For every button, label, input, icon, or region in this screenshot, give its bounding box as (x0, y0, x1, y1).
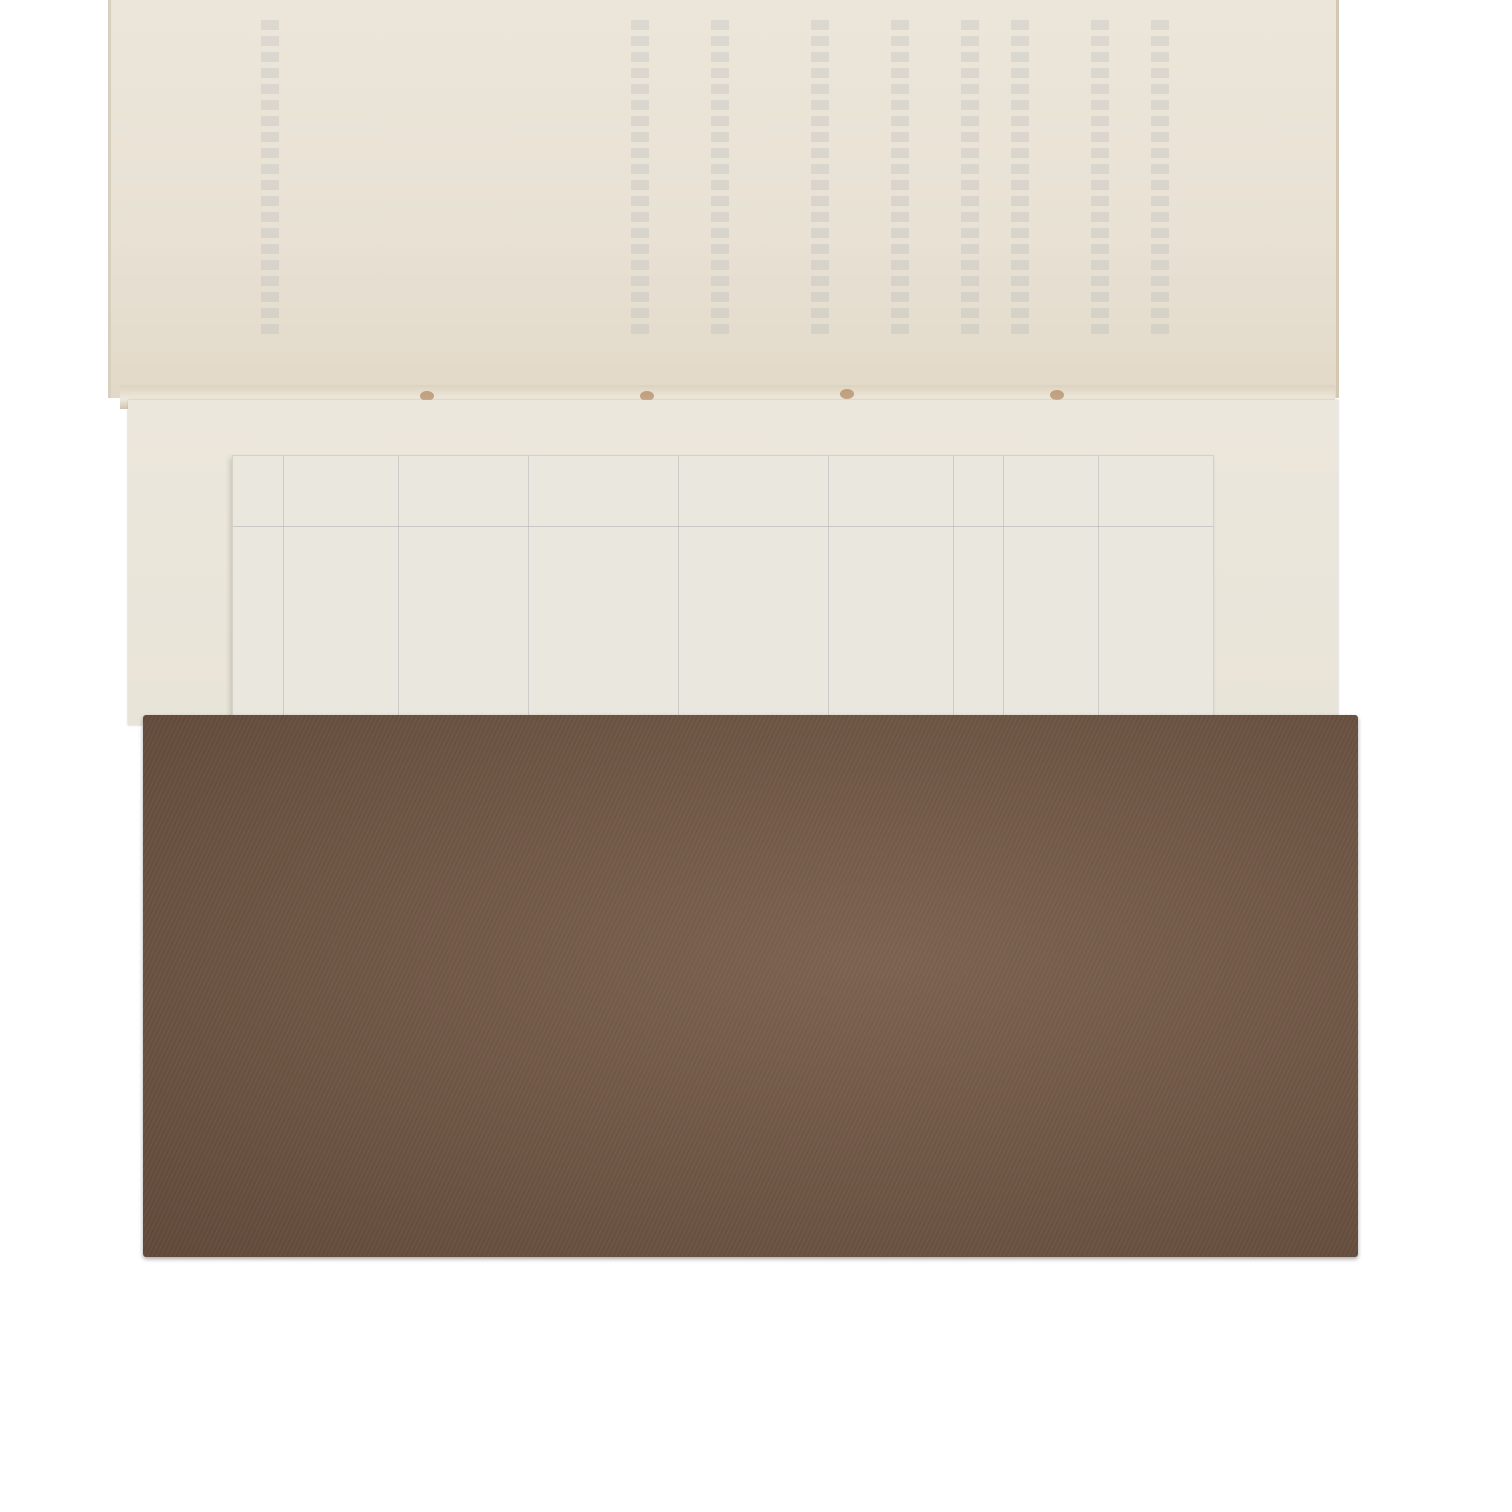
mirrored-print-column (261, 20, 279, 338)
form-column-rule (283, 456, 284, 726)
form-column-rule (1098, 456, 1099, 726)
mirrored-print-column (961, 20, 979, 338)
form-header-rule (233, 526, 1213, 527)
form-column-rule (398, 456, 399, 726)
form-column-rule (1003, 456, 1004, 726)
rust-stain (840, 389, 854, 399)
mirrored-print-column (1011, 20, 1029, 338)
form-column-rule (678, 456, 679, 726)
form-column-rule (828, 456, 829, 726)
mirrored-print-column (891, 20, 909, 338)
mirrored-print-column (1151, 20, 1169, 338)
brown-cloth-cover-flap (143, 715, 1358, 1257)
mirrored-print-column (1091, 20, 1109, 338)
upper-paper-page (108, 0, 1339, 398)
mirrored-print-column (811, 20, 829, 338)
form-column-rule (528, 456, 529, 726)
rust-stain (1050, 390, 1064, 400)
mirrored-print-column (711, 20, 729, 338)
inserted-form-card (232, 455, 1214, 727)
form-column-rule (953, 456, 954, 726)
mirrored-print-column (631, 20, 649, 338)
